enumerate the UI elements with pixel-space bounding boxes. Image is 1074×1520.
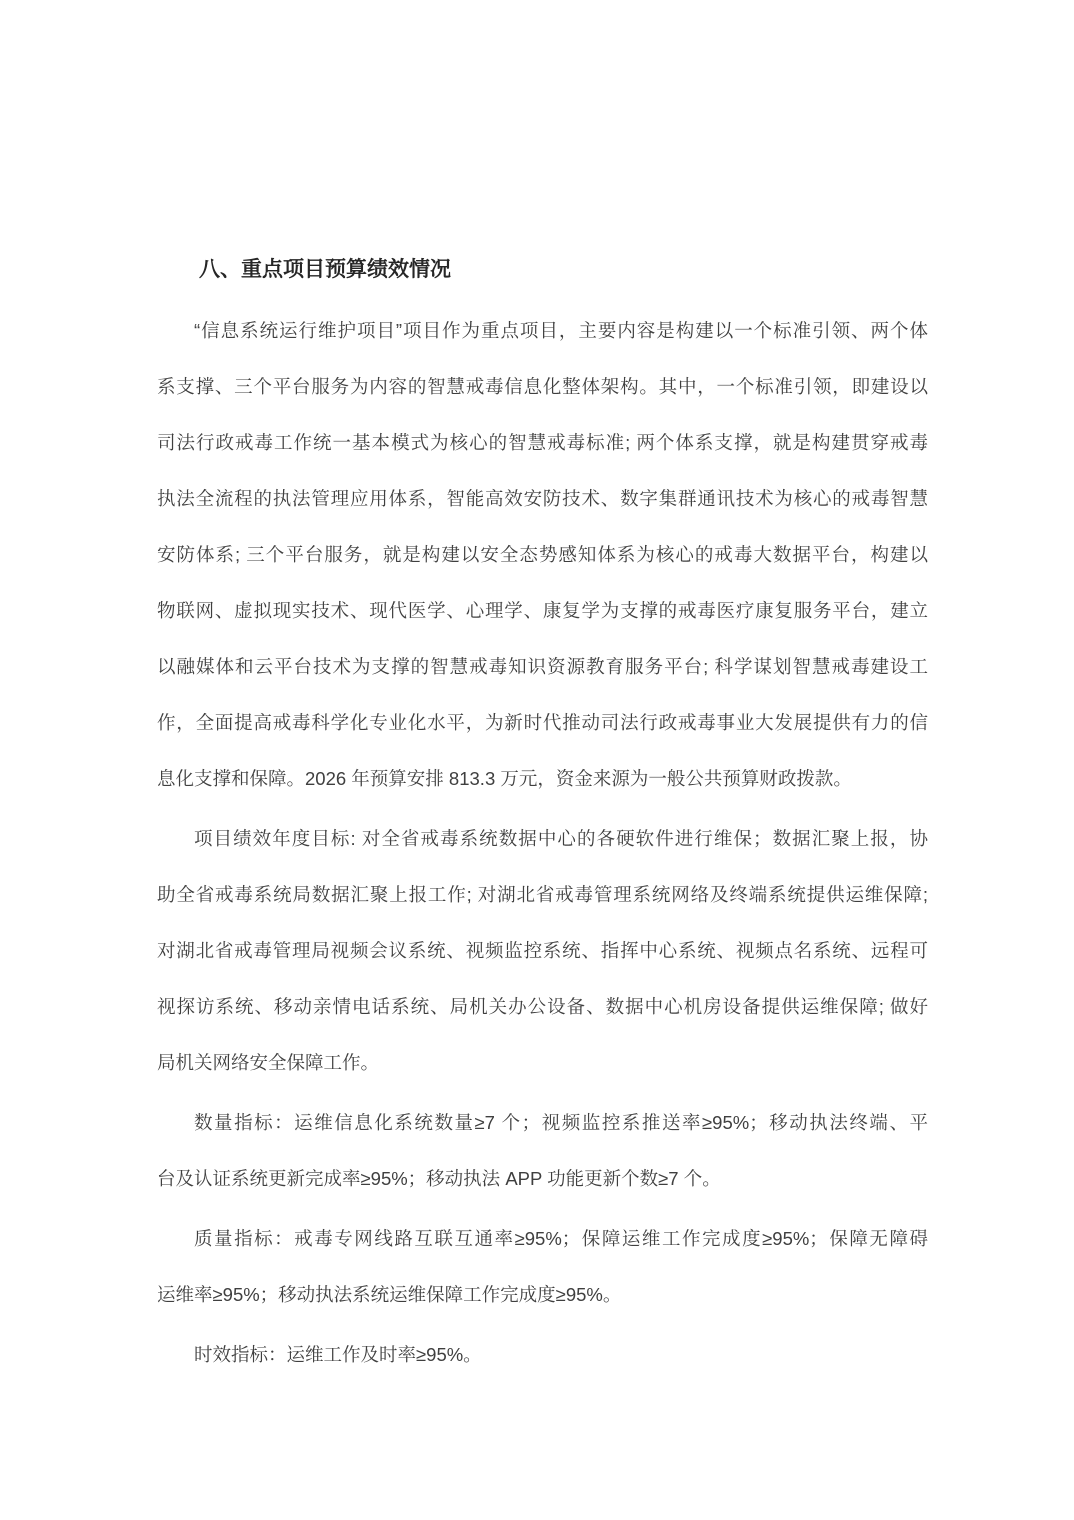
text-line: 质量指标：戒毒专网线路互联互通率≥95%；保障运维工作完成度≥95%；保障无障碍 [157, 1211, 928, 1267]
text-line: 助全省戒毒系统局数据汇聚上报工作; 对湖北省戒毒管理系统网络及终端系统提供运维保… [157, 867, 928, 923]
text-line: 视探访系统、移动亲情电话系统、局机关办公设备、数据中心机房设备提供运维保障; 做… [157, 979, 928, 1035]
text-line: 局机关网络安全保障工作。 [157, 1035, 928, 1091]
paragraph-quantity-indicators: 数量指标：运维信息化系统数量≥7 个；视频监控系推送率≥95%；移动执法终端、平… [157, 1095, 928, 1207]
text-line: 系支撑、三个平台服务为内容的智慧戒毒信息化整体架构。其中，一个标准引领，即建设以 [157, 359, 928, 415]
text-line: 对湖北省戒毒管理局视频会议系统、视频监控系统、指挥中心系统、视频点名系统、远程可 [157, 923, 928, 979]
paragraph-overview: “信息系统运行维护项目”项目作为重点项目，主要内容是构建以一个标准引领、两个体 … [157, 303, 928, 807]
text-line: 以融媒体和云平台技术为支撑的智慧戒毒知识资源教育服务平台; 科学谋划智慧戒毒建设… [157, 639, 928, 695]
text-line: 时效指标：运维工作及时率≥95%。 [157, 1327, 928, 1383]
paragraph-timeliness-indicators: 时效指标：运维工作及时率≥95%。 [157, 1327, 928, 1383]
text-line: 息化支撑和保障。2026 年预算安排 813.3 万元，资金来源为一般公共预算财… [157, 751, 928, 807]
text-line: 执法全流程的执法管理应用体系，智能高效安防技术、数字集群通讯技术为核心的戒毒智慧 [157, 471, 928, 527]
text-line: 运维率≥95%；移动执法系统运维保障工作完成度≥95%。 [157, 1267, 928, 1323]
text-line: 司法行政戒毒工作统一基本模式为核心的智慧戒毒标准; 两个体系支撑，就是构建贯穿戒… [157, 415, 928, 471]
text-line: 台及认证系统更新完成率≥95%；移动执法 APP 功能更新个数≥7 个。 [157, 1151, 928, 1207]
paragraph-quality-indicators: 质量指标：戒毒专网线路互联互通率≥95%；保障运维工作完成度≥95%；保障无障碍… [157, 1211, 928, 1323]
document-page: 八、重点项目预算绩效情况 “信息系统运行维护项目”项目作为重点项目，主要内容是构… [0, 0, 1074, 1520]
section-heading: 八、重点项目预算绩效情况 [157, 242, 928, 298]
text-line: 数量指标：运维信息化系统数量≥7 个；视频监控系推送率≥95%；移动执法终端、平 [157, 1095, 928, 1151]
text-line: 物联网、虚拟现实技术、现代医学、心理学、康复学为支撑的戒毒医疗康复服务平台，建立 [157, 583, 928, 639]
text-line: 项目绩效年度目标: 对全省戒毒系统数据中心的各硬软件进行维保；数据汇聚上报，协 [157, 811, 928, 867]
text-line: 安防体系; 三个平台服务，就是构建以安全态势感知体系为核心的戒毒大数据平台，构建… [157, 527, 928, 583]
text-line: “信息系统运行维护项目”项目作为重点项目，主要内容是构建以一个标准引领、两个体 [157, 303, 928, 359]
text-line: 作，全面提高戒毒科学化专业化水平，为新时代推动司法行政戒毒事业大发展提供有力的信 [157, 695, 928, 751]
paragraph-annual-goals: 项目绩效年度目标: 对全省戒毒系统数据中心的各硬软件进行维保；数据汇聚上报，协 … [157, 811, 928, 1091]
